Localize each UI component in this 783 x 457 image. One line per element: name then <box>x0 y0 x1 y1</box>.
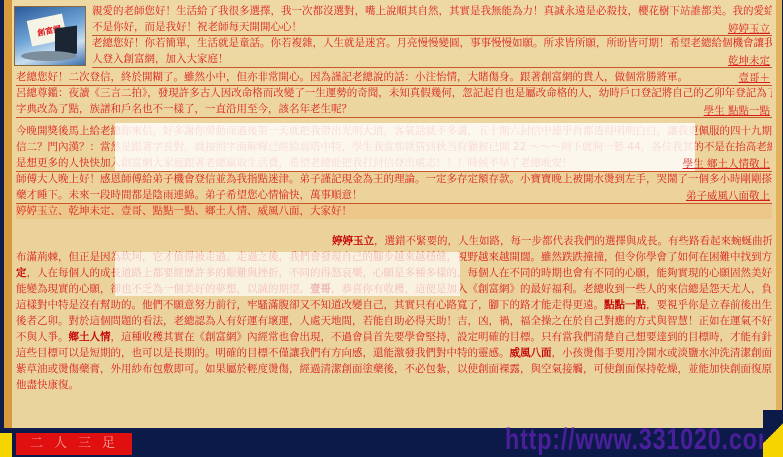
post-4-signature: 學生 點點一點 <box>600 104 770 118</box>
post-4-line-1: 呂總尊鑑：夜讀《三言二拍》，發現許多古人因改命格而改變了一生運勢的奇聞，未知真假… <box>16 86 772 101</box>
post-1-signature: 婷婷玉立 <box>600 22 770 36</box>
reply-mention: 婷婷玉立 <box>332 235 374 247</box>
faded-overlay-2 <box>115 252 460 296</box>
reply-line-9: 紫草油或燙傷藥膏，外用紗布包敷即可。如果屬於輕度燙傷，經過清潔創面塗藥後，不必包… <box>16 362 772 377</box>
post-3-signature: 壹哥＋ <box>600 71 770 85</box>
site-url-link[interactable]: http://www.331020.com <box>505 423 779 457</box>
post-2-signature: 乾坤未定 <box>600 54 770 68</box>
site-logo: 創富網 <box>14 6 86 66</box>
post-6-signature: 弟子威風八面敬上 <box>600 189 770 203</box>
post-6-line-1: 師傅大人晚上好！感恩師傅給弟子機會登信並為我指點迷津。弟子謹記現金為王的理論。一… <box>16 172 772 187</box>
corner-decoration <box>763 410 783 457</box>
reply-line-6: 後者乙卯。對於這個問題的看法，老總認為人有好運有壞運，人處天地間，若能自助必得天… <box>16 314 772 329</box>
reply-line-5: 這樣對中特是沒有幫助的。他們不願意努力前行，牢騷滿腹卻又不知道改變自己，其實只有… <box>16 298 772 313</box>
footer-slogan: 二人三足 <box>16 433 132 455</box>
reply-line-8: 這些目標可以是短期的，也可以是長期的。明確的目標不僅讓我們有方向感，還能激發我們… <box>16 346 772 361</box>
reply-line-1: 婷婷玉立，選錯不緊要的，人生如路，每一步都代表我們的選擇與成長。有些路看起來蜿蜒… <box>332 234 772 249</box>
post-5-signature: 學生 鄉土人情敬上 <box>600 157 770 171</box>
post-1-line-1: 親愛的老師您好！生活給了我很多選擇，我一次都沒選對，嘴上說順其自然，其實是我無能… <box>92 4 772 19</box>
reply-line-7: 不與人爭。鄉土人情，這種收穫其實在《創富網》內經常也會出現，不過會員首先要學會堅… <box>16 330 772 345</box>
reply-greeting: 婷婷玉立、乾坤未定、壹哥、點點一點、鄉土人情、威風八面，大家好！ <box>16 204 772 219</box>
post-2-line-1: 老總您好！你若簡單，生活就是童話。你若複雜，人生就是迷宮。月亮慢慢變圓，事事慢慢… <box>92 36 772 51</box>
footer-accent <box>0 433 12 457</box>
laptop-base-icon <box>21 51 77 61</box>
reply-line-10: 他盡快康復。 <box>16 378 772 393</box>
